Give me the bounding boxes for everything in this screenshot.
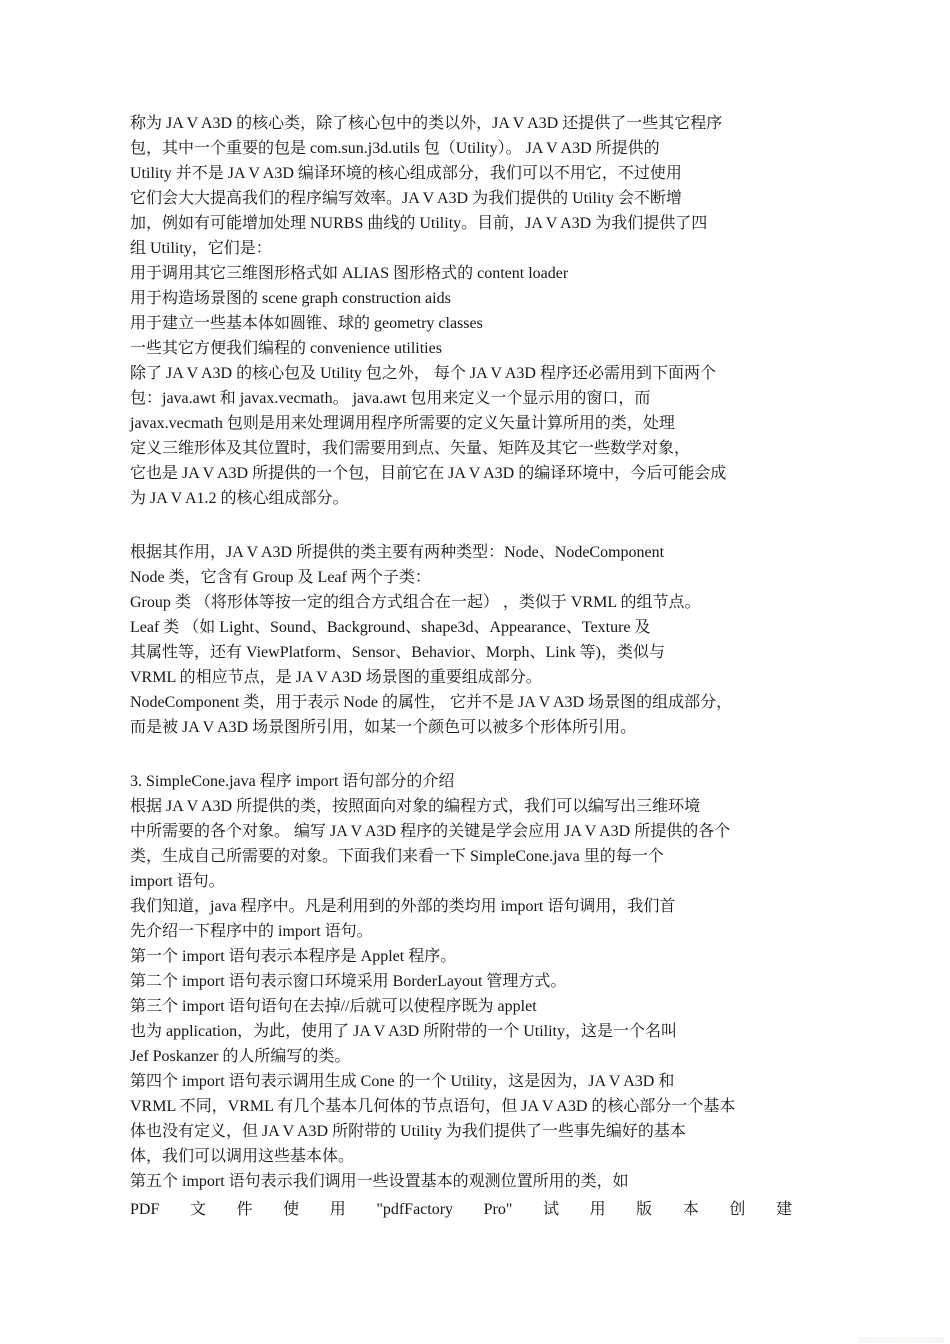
text-line: Utility 并不是 JA V A3D 编译环境的核心组成部分，我们可以不用它… [130, 161, 830, 186]
text-line: 而是被 JA V A3D 场景图所引用，如某一个颜色可以被多个形体所引用。 [130, 715, 830, 740]
watermark-segment: 用 [330, 1197, 346, 1222]
pdffactory-watermark-line: PDF文件使用"pdfFactoryPro"试用版本创建 [130, 1197, 792, 1222]
text-line: 第四个 import 语句表示调用生成 Cone 的一个 Utility，这是因… [130, 1069, 830, 1094]
watermark-segment: PDF [130, 1197, 159, 1222]
text-line: 第二个 import 语句表示窗口环境采用 BorderLayout 管理方式。 [130, 969, 830, 994]
text-line: 其属性等，还有 ViewPlatform、Sensor、Behavior、Mor… [130, 640, 830, 665]
watermark-segment: 文 [190, 1197, 206, 1222]
text-line: 先介绍一下程序中的 import 语句。 [130, 919, 830, 944]
text-line: 类，生成自己所需要的对象。下面我们来看一下 SimpleCone.java 里的… [130, 844, 830, 869]
text-line: 我们知道，java 程序中。凡是利用到的外部的类均用 import 语句调用，我… [130, 894, 830, 919]
text-line: 中所需要的各个对象。 编写 JA V A3D 程序的关键是学会应用 JA V A… [130, 819, 830, 844]
text-line: VRML 的相应节点，是 JA V A3D 场景图的重要组成部分。 [130, 665, 830, 690]
text-line: 为 JA V A1.2 的核心组成部分。 [130, 486, 830, 511]
text-line: 3. SimpleCone.java 程序 import 语句部分的介绍 [130, 769, 830, 794]
text-line: 组 Utility，它们是： [130, 236, 830, 261]
document-page: 称为 JA V A3D 的核心类，除了核心包中的类以外，JA V A3D 还提供… [0, 0, 950, 1344]
text-line: VRML 不同，VRML 有几个基本几何体的节点语句，但 JA V A3D 的核… [130, 1094, 830, 1119]
watermark-segment: Pro" [484, 1197, 513, 1222]
text-line: 也为 application，为此，使用了 JA V A3D 所附带的一个 Ut… [130, 1019, 830, 1044]
text-line: 定义三维形体及其位置时，我们需要用到点、矢量、矩阵及其它一些数学对象， [130, 436, 830, 461]
watermark-segment: 创 [729, 1197, 745, 1222]
watermark-segment: 使 [283, 1197, 299, 1222]
text-line: 包：java.awt 和 javax.vecmath。 java.awt 包用来… [130, 386, 830, 411]
text-line: 除了 JA V A3D 的核心包及 Utility 包之外， 每个 JA V A… [130, 361, 830, 386]
text-line: 一些其它方便我们编程的 convenience utilities [130, 336, 830, 361]
text-line: 第一个 import 语句表示本程序是 Applet 程序。 [130, 944, 830, 969]
watermark-segment: "pdfFactory [376, 1197, 453, 1222]
text-line: javax.vecmath 包则是用来处理调用程序所需要的定义矢量计算所用的类，… [130, 411, 830, 436]
text-line: 用于建立一些基本体如圆锥、球的 geometry classes [130, 311, 830, 336]
text-line: Leaf 类 （如 Light、Sound、Background、shape3d… [130, 615, 830, 640]
paragraph: 称为 JA V A3D 的核心类，除了核心包中的类以外，JA V A3D 还提供… [130, 111, 830, 511]
text-line: Node 类，它含有 Group 及 Leaf 两个子类： [130, 565, 830, 590]
watermark-segment: 件 [237, 1197, 253, 1222]
watermark-segment: 用 [590, 1197, 606, 1222]
text-line: NodeComponent 类，用于表示 Node 的属性， 它并不是 JA V… [130, 690, 830, 715]
text-line: 用于构造场景图的 scene graph construction aids [130, 286, 830, 311]
text-line: 根据 JA V A3D 所提供的类，按照面向对象的编程方式，我们可以编写出三维环… [130, 794, 830, 819]
paragraph: 根据其作用，JA V A3D 所提供的类主要有两种类型：Node、NodeCom… [130, 540, 830, 740]
text-line: 称为 JA V A3D 的核心类，除了核心包中的类以外，JA V A3D 还提供… [130, 111, 830, 136]
document-body: 称为 JA V A3D 的核心类，除了核心包中的类以外，JA V A3D 还提供… [130, 111, 830, 1222]
bottom-edge-artifact [858, 1337, 944, 1343]
watermark-segment: 建 [776, 1197, 792, 1222]
text-line: 它也是 JA V A3D 所提供的一个包，目前它在 JA V A3D 的编译环境… [130, 461, 830, 486]
text-line: 第五个 import 语句表示我们调用一些设置基本的观测位置所用的类，如 [130, 1169, 830, 1194]
watermark-segment: 本 [683, 1197, 699, 1222]
text-line: 第三个 import 语句语句在去掉//后就可以使程序既为 applet [130, 994, 830, 1019]
text-line: 用于调用其它三维图形格式如 ALIAS 图形格式的 content loader [130, 261, 830, 286]
text-line: 体，我们可以调用这些基本体。 [130, 1144, 830, 1169]
text-line: 加，例如有可能增加处理 NURBS 曲线的 Utility。目前，JA V A3… [130, 211, 830, 236]
text-line: import 语句。 [130, 869, 830, 894]
text-line: 包，其中一个重要的包是 com.sun.j3d.utils 包（Utility）… [130, 136, 830, 161]
text-line: Jef Poskanzer 的人所编写的类。 [130, 1044, 830, 1069]
paragraph: 3. SimpleCone.java 程序 import 语句部分的介绍根据 J… [130, 769, 830, 1194]
text-line: 体也没有定义，但 JA V A3D 所附带的 Utility 为我们提供了一些事… [130, 1119, 830, 1144]
text-line: 根据其作用，JA V A3D 所提供的类主要有两种类型：Node、NodeCom… [130, 540, 830, 565]
watermark-segment: 试 [543, 1197, 559, 1222]
watermark-segment: 版 [636, 1197, 652, 1222]
text-line: 它们会大大提高我们的程序编写效率。JA V A3D 为我们提供的 Utility… [130, 186, 830, 211]
text-line: Group 类 （将形体等按一定的组合方式组合在一起） ，类似于 VRML 的组… [130, 590, 830, 615]
